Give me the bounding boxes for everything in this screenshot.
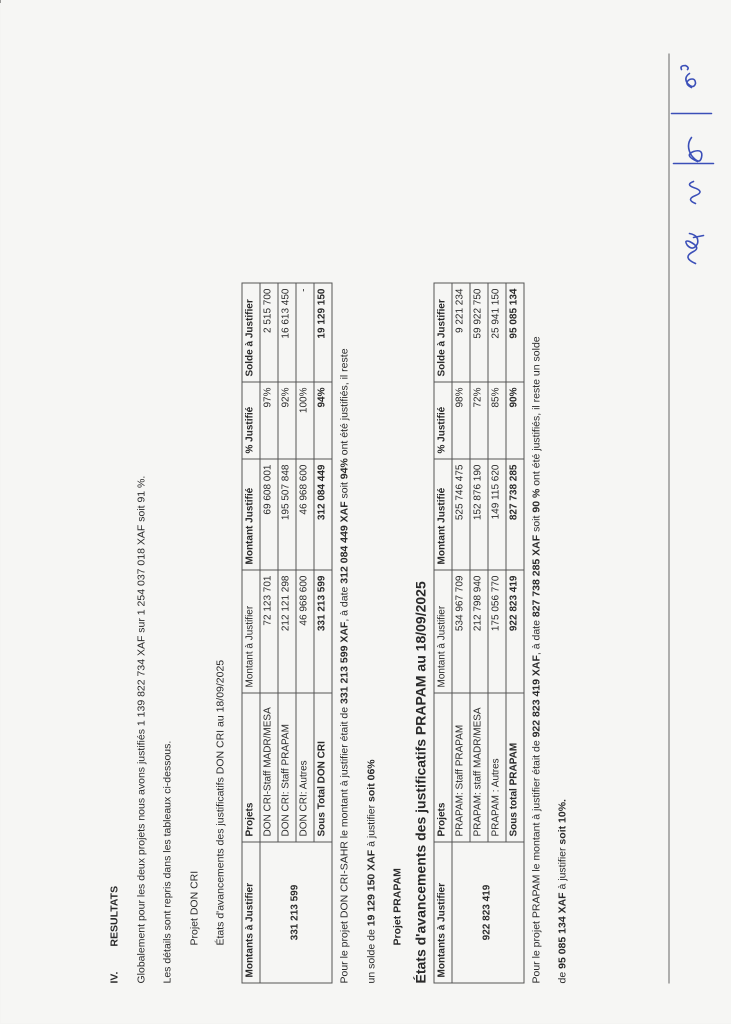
don-cri-table-title: États d'avancements des justificatifs DO… xyxy=(215,54,228,946)
section-number: IV. xyxy=(109,950,122,984)
cell-justifie: 195 507 848 xyxy=(278,459,296,570)
cell-projet: PRAPAM: Staff PRAPAM xyxy=(452,693,470,842)
don-cri-table: Montants à Justifier Projets Montant à J… xyxy=(241,283,332,984)
header-pct-justifie: % Justifié xyxy=(434,382,452,459)
summary-amount: 827 738 285 XAF xyxy=(530,535,542,617)
cell-pct: 72% xyxy=(470,382,488,459)
header-solde: Solde à Justifier xyxy=(434,283,452,382)
summary-percent: soit 10%. xyxy=(557,799,569,845)
header-montant-a-justifier: Montant à Justifier xyxy=(242,570,260,693)
header-montant-justifie: Montant Justifié xyxy=(434,459,452,570)
cell-justifie: 525 746 475 xyxy=(452,459,470,570)
cell-projet: Sous total PRAPAM xyxy=(506,693,524,842)
cell-pct: 97% xyxy=(260,382,278,459)
summary-text: à justifier xyxy=(365,802,377,850)
cell-a-justifier: 212 798 940 xyxy=(470,570,488,693)
summary-amount: 922 823 419 XAF xyxy=(530,655,542,737)
summary-amount: 331 213 599 XAF xyxy=(338,622,350,704)
intro-line-1: Globalement pour les deux projets nous a… xyxy=(135,54,148,984)
header-montants: Montants à Justifier xyxy=(434,842,452,983)
prapam-summary: Pour le projet PRAPAM le montant à justi… xyxy=(530,54,543,984)
cell-projet: Sous Total DON CRI xyxy=(314,693,332,842)
don-cri-project-label: Projet DON CRI xyxy=(188,54,201,946)
header-projets: Projets xyxy=(434,693,452,842)
summary-text: , à date xyxy=(338,584,350,622)
header-montant-a-justifier: Montant à Justifier xyxy=(434,570,452,693)
prapam-table-title: États d'avancements des justificatifs PR… xyxy=(412,54,429,984)
cell-pct: 90% xyxy=(506,382,524,459)
cell-a-justifier: 922 823 419 xyxy=(506,570,524,693)
cell-justifie: 827 738 285 xyxy=(506,459,524,570)
cell-justifie: 46 968 600 xyxy=(296,459,314,570)
summary-amount: 95 085 134 XAF xyxy=(557,892,569,968)
cell-a-justifier: 212 121 298 xyxy=(278,570,296,693)
cell-solde: 16 613 450 xyxy=(278,283,296,382)
don-cri-summary: Pour le projet DON CRI-SAHR le montant à… xyxy=(338,54,351,984)
cell-a-justifier: 331 213 599 xyxy=(314,570,332,693)
prapam-table: Montants à Justifier Projets Montant à J… xyxy=(433,283,524,984)
summary-text: soit xyxy=(530,513,542,535)
summary-text: ont été justifiés, il reste xyxy=(338,348,350,458)
cell-a-justifier: 46 968 600 xyxy=(296,570,314,693)
header-projets: Projets xyxy=(242,693,260,842)
cell-pct: 94% xyxy=(314,382,332,459)
total-amount-cell: 331 213 599 xyxy=(260,842,332,983)
section-title: RESULTATS xyxy=(109,886,121,947)
table-header-row: Montants à Justifier Projets Montant à J… xyxy=(434,283,452,983)
summary-text: Pour le projet PRAPAM le montant à justi… xyxy=(530,737,542,983)
cell-pct: 100% xyxy=(296,382,314,459)
header-pct-justifie: % Justifié xyxy=(242,382,260,459)
cell-solde: 19 129 150 xyxy=(314,283,332,382)
page-content: IV. RESULTATS Globalement pour les deux … xyxy=(109,54,584,984)
cell-projet: PRAPAM: staff MADR/MESA xyxy=(470,693,488,842)
table-row: 922 823 419 PRAPAM: Staff PRAPAM 534 967… xyxy=(452,283,470,983)
don-cri-summary-2: un solde de 19 129 150 XAF à justifier s… xyxy=(365,54,378,984)
summary-percent: 90 % xyxy=(530,489,542,513)
cell-justifie: 149 115 620 xyxy=(488,459,506,570)
cell-solde: 2 515 700 xyxy=(260,283,278,382)
cell-a-justifier: 175 056 770 xyxy=(488,570,506,693)
cell-justifie: 312 084 449 xyxy=(314,459,332,570)
cell-justifie: 152 876 190 xyxy=(470,459,488,570)
cell-solde: 25 941 150 xyxy=(488,283,506,382)
summary-text: soit xyxy=(338,479,350,501)
cell-solde: 9 221 234 xyxy=(452,283,470,382)
summary-text: à justifier xyxy=(557,845,569,893)
section-heading: IV. RESULTATS xyxy=(109,54,122,984)
cell-projet: PRAPAM : Autres xyxy=(488,693,506,842)
cell-pct: 85% xyxy=(488,382,506,459)
summary-text: , à date xyxy=(530,617,542,655)
summary-text: ont été justifiés, il reste un solde xyxy=(530,336,542,488)
cell-projet: DON CRI: Autres xyxy=(296,693,314,842)
handwritten-initials-icon xyxy=(666,34,716,274)
intro-line-2: Les détails sont repris dans les tableau… xyxy=(162,54,175,984)
prapam-summary-2: de 95 085 134 XAF à justifier soit 10%. xyxy=(557,54,570,984)
cell-solde: 95 085 134 xyxy=(506,283,524,382)
cell-projet: DON CRI: Staff PRAPAM xyxy=(278,693,296,842)
cell-justifie: 69 608 001 xyxy=(260,459,278,570)
cell-solde: 59 922 750 xyxy=(470,283,488,382)
summary-percent: soit 06% xyxy=(365,759,377,802)
document-page: IV. RESULTATS Globalement pour les deux … xyxy=(1,0,731,1024)
cell-a-justifier: 72 123 701 xyxy=(260,570,278,693)
summary-text: un solde de xyxy=(365,926,377,983)
total-amount-cell: 922 823 419 xyxy=(452,842,524,983)
cell-a-justifier: 534 967 709 xyxy=(452,570,470,693)
summary-text: de xyxy=(557,969,569,984)
cell-solde: - xyxy=(296,283,314,382)
summary-amount: 312 084 449 XAF xyxy=(338,501,350,583)
cell-pct: 92% xyxy=(278,382,296,459)
table-header-row: Montants à Justifier Projets Montant à J… xyxy=(242,283,260,983)
header-montant-justifie: Montant Justifié xyxy=(242,459,260,570)
cell-projet: DON CRI-Staff MADR/MESA xyxy=(260,693,278,842)
header-solde: Solde à Justifier xyxy=(242,283,260,382)
summary-text: Pour le projet DON CRI-SAHR le montant à… xyxy=(338,704,350,984)
prapam-project-label: Projet PRAPAM xyxy=(392,54,405,946)
table-row: 331 213 599 DON CRI-Staff MADR/MESA 72 1… xyxy=(260,283,278,983)
header-montants: Montants à Justifier xyxy=(242,842,260,983)
summary-percent: 94% xyxy=(338,458,350,479)
cell-pct: 98% xyxy=(452,382,470,459)
summary-amount: 19 129 150 XAF xyxy=(365,850,377,926)
